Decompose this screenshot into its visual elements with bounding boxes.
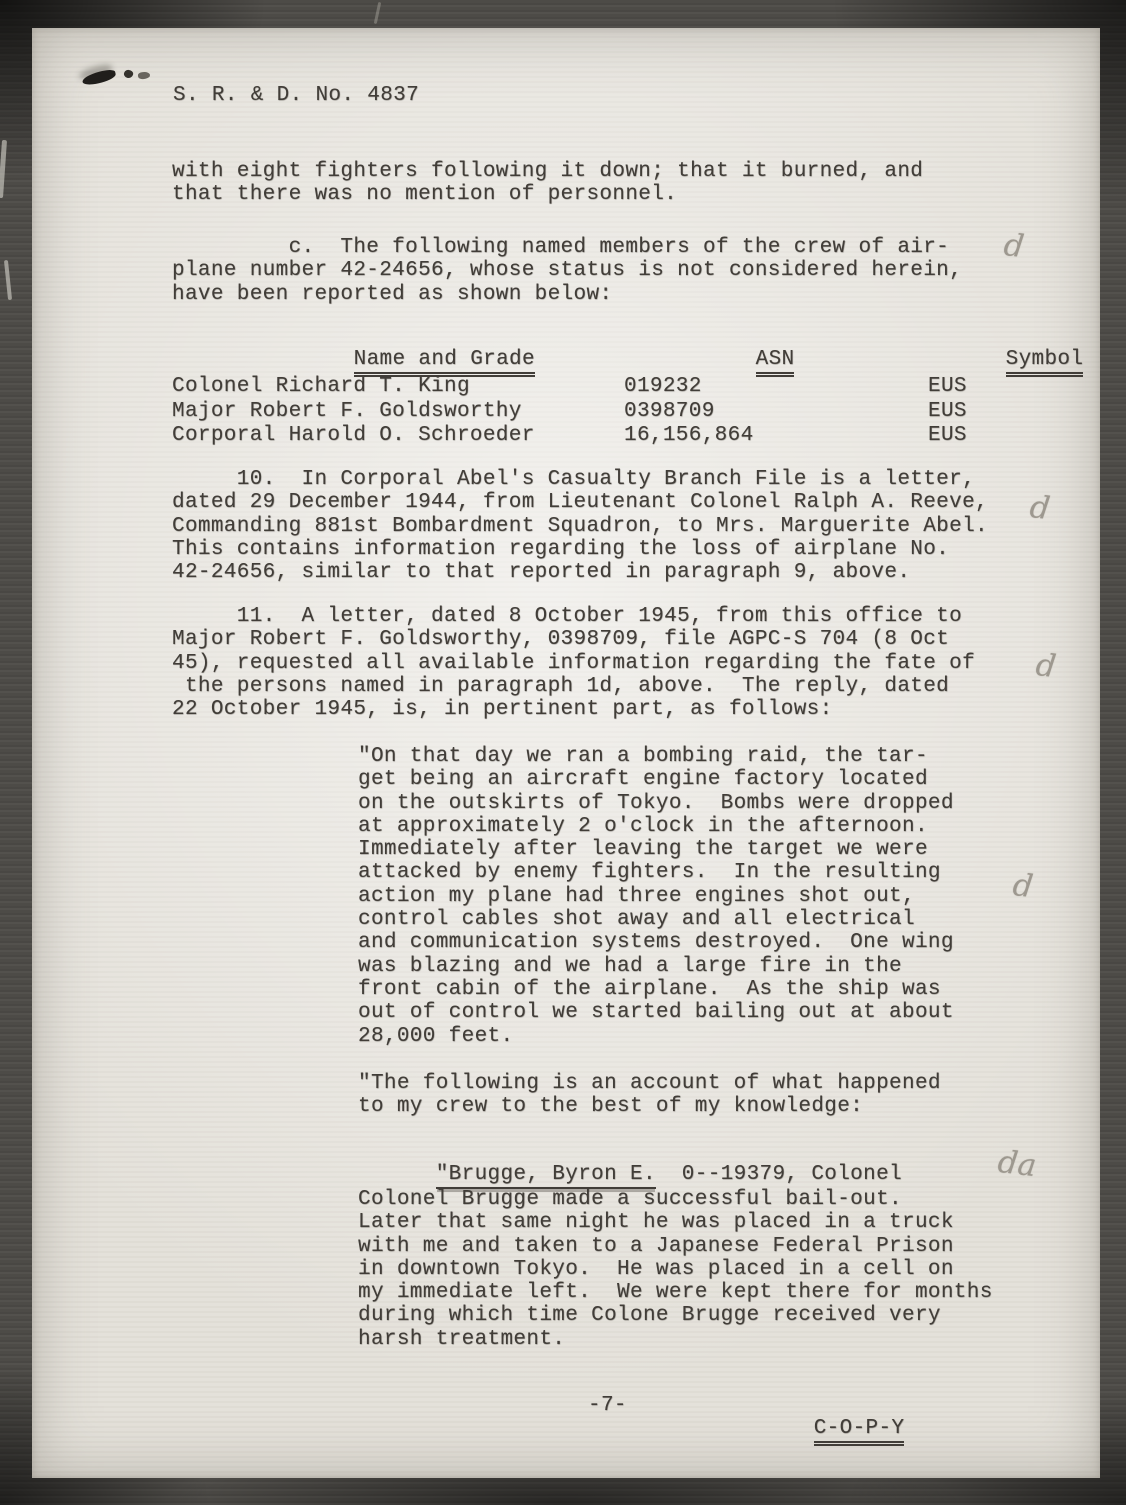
- margin-annotation: d: [1011, 867, 1035, 905]
- film-artifact: [4, 260, 12, 300]
- copy-label: C-O-P-Y: [736, 1394, 904, 1464]
- margin-annotation: d: [1034, 647, 1058, 685]
- photo-frame: S. R. & D. No. 4837 with eight fighters …: [0, 0, 1126, 1505]
- paragraph-intro: with eight fighters following it down; t…: [172, 160, 923, 207]
- crew-name: Corporal Harold O. Schroeder: [172, 424, 535, 447]
- ink-smudge-dot-2: [138, 71, 151, 80]
- crew-symbol: EUS: [928, 375, 967, 398]
- paragraph-item-c: c. The following named members of the cr…: [172, 236, 962, 306]
- paragraph-item-10: 10. In Corporal Abel's Casualty Branch F…: [172, 468, 988, 584]
- crew-asn: 019232: [624, 375, 702, 398]
- crew-symbol: EUS: [928, 424, 967, 447]
- table-header-symbol: Symbol: [1006, 348, 1084, 377]
- page-number: -7-: [588, 1394, 627, 1417]
- crew-asn: 16,156,864: [624, 424, 754, 447]
- ink-smudge: [80, 60, 170, 94]
- paragraph-item-11: 11. A letter, dated 8 October 1945, from…: [172, 605, 975, 721]
- document-page: S. R. & D. No. 4837 with eight fighters …: [32, 28, 1100, 1478]
- crew-name: Colonel Richard T. King: [172, 375, 470, 398]
- crew-asn: 0398709: [624, 400, 715, 423]
- film-artifact: [374, 2, 382, 24]
- ink-smudge-blob: [81, 68, 117, 87]
- margin-annotation: d: [1002, 227, 1026, 265]
- crew-name: Major Robert F. Goldsworthy: [172, 400, 522, 423]
- ink-smudge-dot: [123, 69, 134, 80]
- crew-symbol: EUS: [928, 400, 967, 423]
- table-header-name-grade: Name and Grade: [354, 348, 535, 377]
- quote-paragraph-3: Colonel Brugge made a successful bail-ou…: [358, 1188, 993, 1351]
- margin-annotation: da: [996, 1144, 1038, 1184]
- doc-number: S. R. & D. No. 4837: [173, 84, 419, 107]
- margin-annotation: d: [1028, 489, 1052, 527]
- quote-paragraph-2: "The following is an account of what hap…: [358, 1072, 941, 1119]
- table-header-asn: ASN: [756, 348, 795, 377]
- film-artifact: [0, 140, 7, 198]
- crew-entry-name: "Brugge, Byron E.: [436, 1163, 656, 1189]
- quote-paragraph-1: "On that day we ran a bombing raid, the …: [358, 745, 954, 1048]
- crew-entry-detail: 0--19379, Colonel: [656, 1163, 902, 1186]
